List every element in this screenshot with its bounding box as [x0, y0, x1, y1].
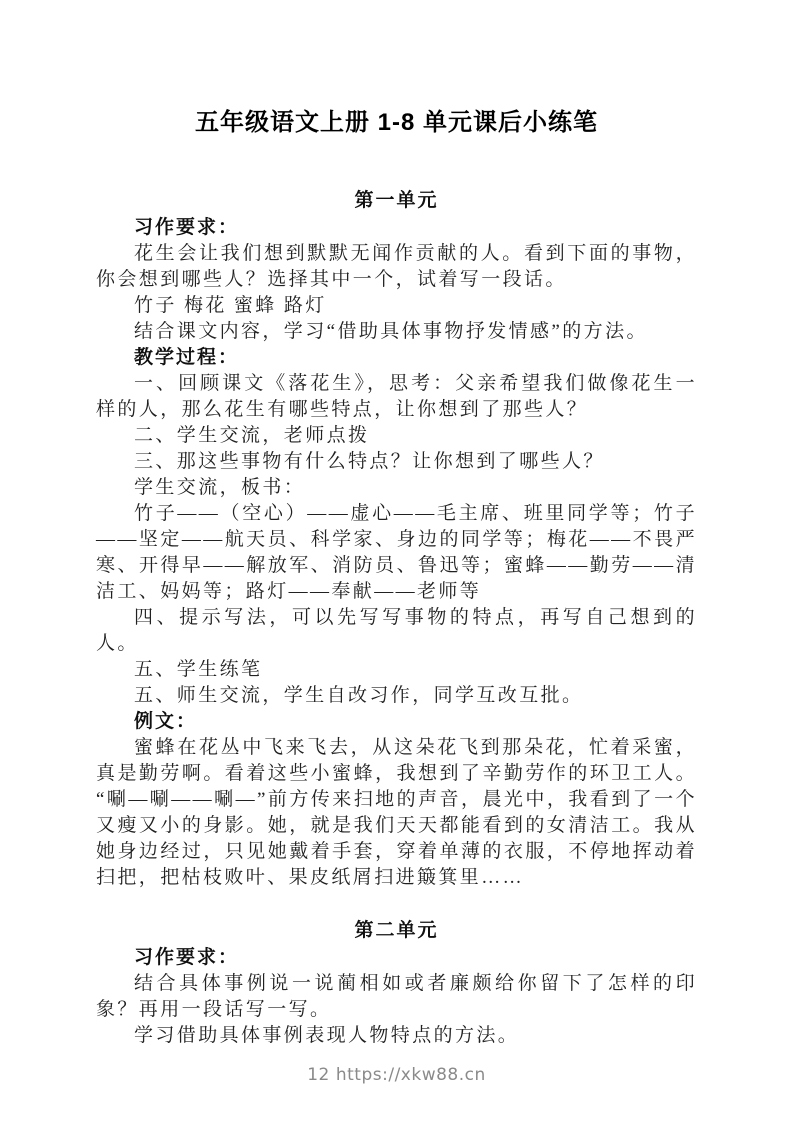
paragraph: 学习借助具体事例表现人物特点的方法。 [96, 1023, 697, 1049]
document-content: 第一单元习作要求：花生会让我们想到默默无闻作贡献的人。看到下面的事物，你会想到哪… [96, 187, 697, 1049]
document-page: 五年级语文上册 1-8 单元课后小练笔 第一单元习作要求：花生会让我们想到默默无… [0, 0, 793, 1122]
page-number: 12 [307, 1065, 330, 1085]
paragraph: 学生交流，板书： [96, 475, 697, 501]
paragraph: 一、回顾课文《落花生》，思考：父亲希望我们做像花生一样的人，那么花生有哪些特点，… [96, 371, 697, 423]
paragraph: 结合具体事例说一说蔺相如或者廉颇给你留下了怎样的印象？再用一段话写一写。 [96, 971, 697, 1023]
paragraph: 竹子 梅花 蜜蜂 路灯 [96, 293, 697, 319]
paragraph: 花生会让我们想到默默无闻作贡献的人。看到下面的事物，你会想到哪些人？选择其中一个… [96, 241, 697, 293]
paragraph: 蜜蜂在花丛中飞来飞去，从这朵花飞到那朵花，忙着采蜜，真是勤劳啊。看着这些小蜜蜂，… [96, 735, 697, 891]
paragraph: 五、师生交流，学生自改习作，同学互改互批。 [96, 683, 697, 709]
footer-url: https://xkw88.cn [336, 1065, 486, 1085]
paragraph: 竹子——（空心）——虚心——毛主席、班里同学等；竹子——坚定——航天员、科学家、… [96, 501, 697, 605]
page-footer: 12https://xkw88.cn [0, 1064, 793, 1086]
unit-heading: 第二单元 [96, 917, 697, 945]
section-subheading: 习作要求： [96, 945, 697, 971]
unit-heading: 第一单元 [96, 187, 697, 215]
paragraph: 二、学生交流，老师点拨 [96, 423, 697, 449]
paragraph: 结合课文内容，学习“借助具体事物抒发情感”的方法。 [96, 319, 697, 345]
paragraph: 四、提示写法，可以先写写事物的特点，再写自己想到的人。 [96, 605, 697, 657]
section-subheading: 例文： [96, 709, 697, 735]
section-subheading: 习作要求： [96, 215, 697, 241]
document-title: 五年级语文上册 1-8 单元课后小练笔 [96, 0, 697, 140]
paragraph: 五、学生练笔 [96, 657, 697, 683]
paragraph: 三、那这些事物有什么特点？让你想到了哪些人？ [96, 449, 697, 475]
section-subheading: 教学过程： [96, 345, 697, 371]
